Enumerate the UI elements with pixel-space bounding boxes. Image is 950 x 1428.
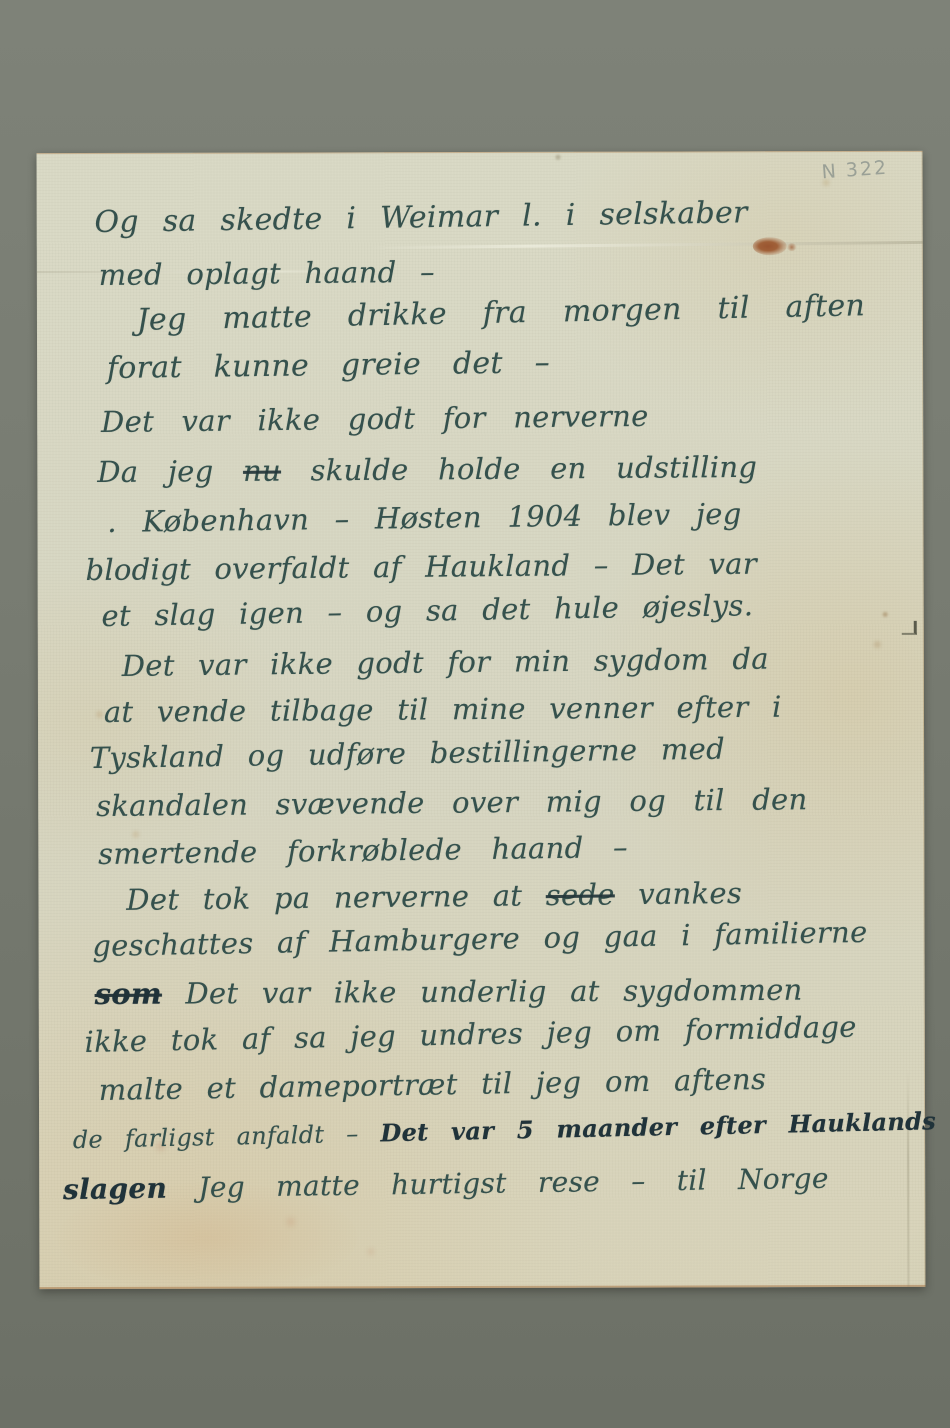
- line-text: Det var ikke godt for min sygdom da: [122, 642, 770, 683]
- line-text: Tyskland og udføre bestillingerne med: [90, 732, 726, 775]
- line-text: vankes: [615, 876, 743, 911]
- line-text: Jeg matte drikke fra morgen til aften: [136, 288, 865, 338]
- line-text: et slag igen – og sa det hule øjeslys.: [101, 588, 753, 633]
- manuscript-line: som Det var ikke underlig at sygdommen: [95, 973, 803, 1011]
- struck-word: som: [95, 977, 162, 1011]
- manuscript-line: Tyskland og udføre bestillingerne med: [90, 732, 726, 775]
- struck-word: nu: [243, 454, 281, 488]
- manuscript-line: blodigt overfaldt af Haukland – Det var: [85, 547, 757, 587]
- manuscript-line: . København – Høsten 1904 blev jeg: [107, 497, 742, 539]
- line-text: forat kunne greie det –: [107, 345, 550, 386]
- line-text: Da jeg: [97, 454, 243, 489]
- line-text: geschattes af Hamburgere og gaa i famili…: [92, 915, 868, 963]
- ink-stain: [753, 237, 787, 255]
- manuscript-line: slagen Jeg matte hurtigst rese – til Nor…: [63, 1162, 829, 1206]
- manuscript-line: skandalen svævende over mig og til den: [96, 782, 808, 823]
- line-text: Det var ikke godt for nerverne: [101, 399, 649, 439]
- line-text: skulde holde en udstilling: [281, 450, 757, 488]
- manuscript-line: de farligst anfaldt – Det var 5 maander …: [73, 1106, 937, 1154]
- manuscript-line: ikke tok af sa jeg undres jeg om formidd…: [84, 1010, 857, 1059]
- archive-number-label: N 322: [821, 157, 889, 184]
- line-text: malte et dameportræt til jeg om aftens: [98, 1062, 766, 1107]
- manuscript-line: Det var ikke godt for min sygdom da: [122, 642, 770, 683]
- manuscript-line: at vende tilbage til mine venner efter i: [104, 690, 782, 729]
- line-text: Det var ikke underlig at sygdommen: [162, 973, 803, 1011]
- manuscript-line: Da jeg nu skulde holde en udstilling: [97, 450, 757, 489]
- manuscript-line: forat kunne greie det –: [107, 345, 550, 386]
- line-text: ikke tok af sa jeg undres jeg om formidd…: [84, 1010, 857, 1059]
- manuscript-line: med oplagt haand –: [99, 255, 435, 292]
- manuscript-line: malte et dameportræt til jeg om aftens: [98, 1062, 766, 1107]
- line-text: skandalen svævende over mig og til den: [96, 782, 808, 823]
- paper-crease: [907, 1069, 910, 1287]
- manuscript-line: Det var ikke godt for nerverne: [101, 399, 649, 439]
- line-text: Jeg matte hurtigst rese – til Norge: [167, 1162, 829, 1205]
- line-text: de farligst anfaldt –: [73, 1119, 381, 1154]
- ink-stain: [787, 243, 797, 251]
- manuscript-line: Det tok pa nerverne at sede vankes: [126, 876, 742, 917]
- later-addition-text: slagen: [63, 1172, 168, 1207]
- line-text: at vende tilbage til mine venner efter i: [104, 690, 782, 729]
- paper-nick: [902, 621, 917, 635]
- line-text: Det tok pa nerverne at: [126, 878, 546, 917]
- line-text: Og sa skedte i Weimar l. i selskaber: [94, 195, 748, 240]
- manuscript-paper: N 322 Og sa skedte i Weimar l. i selskab…: [37, 151, 926, 1289]
- line-text: blodigt overfaldt af Haukland – Det var: [85, 547, 757, 587]
- line-text: . København – Høsten 1904 blev jeg: [107, 497, 742, 539]
- manuscript-line: smertende forkrøblede haand –: [98, 830, 628, 871]
- manuscript-line: Jeg matte drikke fra morgen til aften: [136, 288, 865, 338]
- paper-crease: [367, 241, 923, 249]
- line-text: med oplagt haand –: [99, 255, 435, 292]
- manuscript-line: Og sa skedte i Weimar l. i selskaber: [94, 195, 748, 240]
- line-text: smertende forkrøblede haand –: [98, 830, 628, 871]
- manuscript-line: geschattes af Hamburgere og gaa i famili…: [92, 915, 868, 963]
- manuscript-line: et slag igen – og sa det hule øjeslys.: [101, 588, 753, 633]
- struck-word: sede: [546, 877, 615, 912]
- photo-background: N 322 Og sa skedte i Weimar l. i selskab…: [0, 0, 950, 1428]
- later-addition-text: Det var 5 maander efter Hauklands: [380, 1106, 936, 1147]
- foxing-specks: [37, 153, 40, 156]
